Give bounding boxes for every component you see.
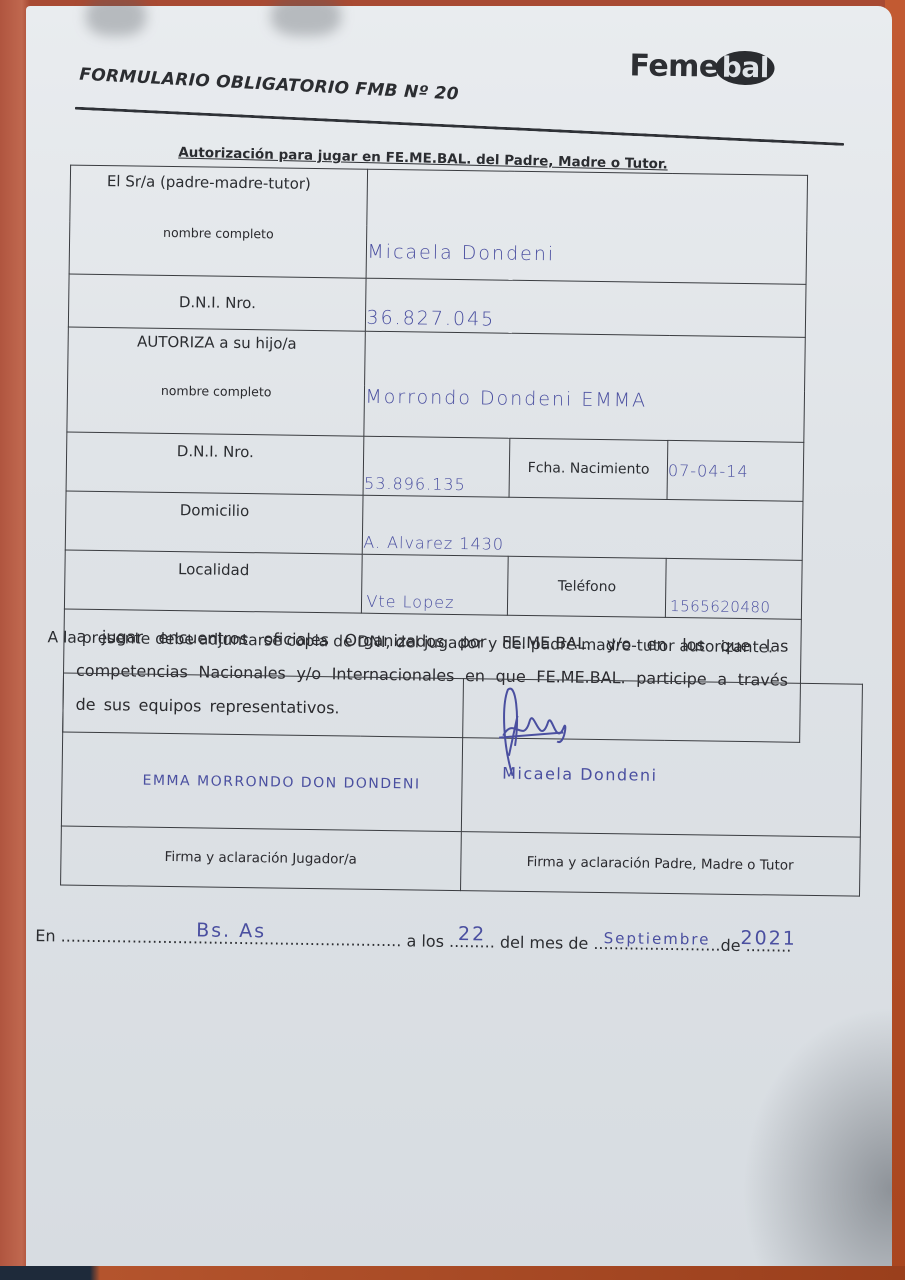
parent-signature-label: Firma y aclaración Padre, Madre o Tutor bbox=[460, 832, 860, 897]
form-paper: FORMULARIO OBLIGATORIO FMB Nº 20 Femebal… bbox=[26, 6, 892, 1268]
child-name-field[interactable]: Morrondo Dondeni EMMA bbox=[364, 386, 804, 443]
address-field[interactable]: A. Alvarez 1430 bbox=[363, 495, 803, 560]
place-field[interactable]: ........................................… bbox=[61, 927, 402, 951]
locality-field[interactable]: Vte Lopez bbox=[362, 554, 509, 615]
phone-field[interactable]: 1565620480 bbox=[665, 558, 802, 619]
parent-name-field[interactable]: Micaela Dondeni bbox=[366, 226, 806, 285]
month-field[interactable]: .........................Septiembre bbox=[593, 934, 720, 955]
authorizes-blank bbox=[365, 331, 805, 392]
signature-table: EMMA MORRONDO DON DONDENI Micaela Donden… bbox=[60, 673, 863, 897]
de-label: de bbox=[720, 936, 740, 955]
day-field[interactable]: .........22 bbox=[449, 932, 495, 952]
title-divider bbox=[75, 107, 844, 146]
day-value: 22 bbox=[458, 923, 486, 945]
birth-date-field[interactable]: 07-04-14 bbox=[667, 440, 804, 501]
place-value: Bs. As bbox=[196, 919, 266, 942]
authorizes-label: AUTORIZA a su hijo/a bbox=[68, 327, 366, 386]
del-mes-label: del mes de bbox=[500, 933, 589, 953]
parent-signature: Micaela Dondeni bbox=[502, 764, 658, 785]
form-content: FORMULARIO OBLIGATORIO FMB Nº 20 Femebal… bbox=[17, 0, 901, 1274]
parent-dni-label: D.N.I. Nro. bbox=[68, 274, 366, 331]
form-title: FORMULARIO OBLIGATORIO FMB Nº 20 bbox=[79, 65, 459, 105]
address-label: Domicilio bbox=[65, 491, 363, 554]
phone-label: Teléfono bbox=[508, 556, 667, 617]
authorization-table: El Sr/a (padre-madre-tutor) nombre compl… bbox=[62, 165, 808, 743]
child-name-label: nombre completo bbox=[67, 382, 365, 437]
parent-signature-box[interactable]: Micaela Dondeni bbox=[461, 679, 863, 838]
year-value: 2021 bbox=[740, 927, 797, 950]
player-signature-box[interactable]: EMMA MORRONDO DON DONDENI bbox=[61, 673, 463, 832]
parent-label-blank bbox=[367, 169, 807, 232]
birth-date-label: Fcha. Nacimiento bbox=[509, 438, 668, 499]
place-date-line: En .....................................… bbox=[35, 926, 791, 956]
child-dni-field[interactable]: 53.896.135 bbox=[363, 436, 510, 497]
parent-dni-field[interactable]: 36.827.045 bbox=[366, 278, 806, 337]
year-field[interactable]: .........2021 bbox=[746, 936, 792, 956]
table-edge bbox=[0, 1266, 905, 1280]
a-los-label: a los bbox=[406, 931, 444, 951]
logo-text: Feme bbox=[629, 48, 719, 84]
parent-label: El Sr/a (padre-madre-tutor) bbox=[70, 165, 368, 226]
logo-badge: bal bbox=[716, 51, 776, 86]
femebal-logo: Femebal bbox=[629, 48, 775, 85]
month-value: Septiembre bbox=[604, 929, 711, 948]
locality-label: Localidad bbox=[64, 550, 362, 613]
en-label: En bbox=[35, 926, 56, 945]
child-dni-label: D.N.I. Nro. bbox=[66, 432, 364, 495]
player-signature-label: Firma y aclaración Jugador/a bbox=[61, 826, 461, 891]
parent-name-label: nombre completo bbox=[69, 222, 367, 279]
player-signature: EMMA MORRONDO DON DONDENI bbox=[142, 773, 420, 793]
